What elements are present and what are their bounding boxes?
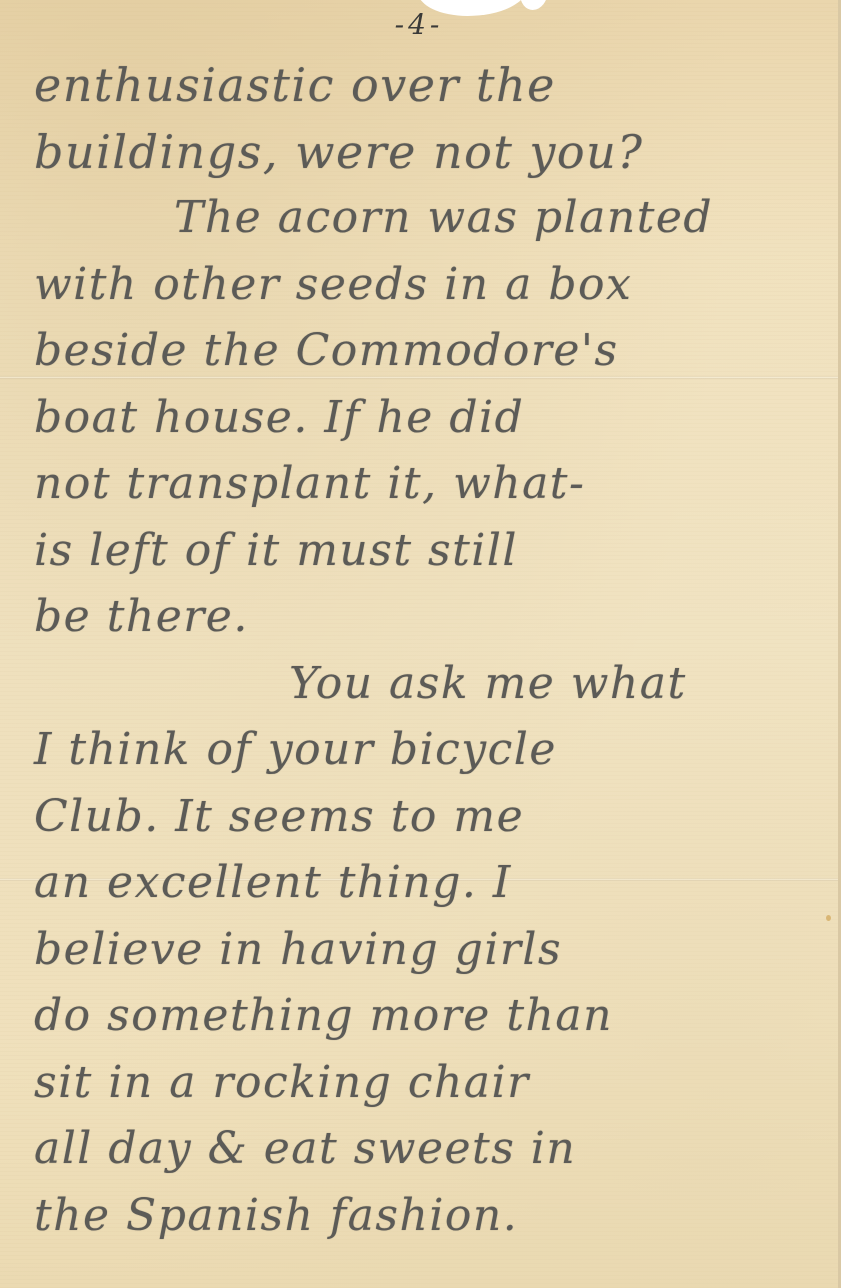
handwritten-line: not transplant it, what- bbox=[34, 451, 824, 518]
handwritten-line: buildings, were not you? bbox=[34, 119, 824, 186]
letter-page: -4- enthusiastic over the buildings, wer… bbox=[0, 0, 838, 1288]
handwritten-line: beside the Commodore's bbox=[34, 318, 824, 385]
handwritten-line: boat house. If he did bbox=[34, 385, 824, 452]
handwritten-line: believe in having girls bbox=[34, 917, 824, 984]
handwritten-line: be there. bbox=[34, 584, 824, 651]
handwritten-line: sit in a rocking chair bbox=[34, 1050, 824, 1117]
handwritten-line: Club. It seems to me bbox=[34, 784, 824, 851]
page-number: -4- bbox=[0, 8, 838, 41]
handwritten-line: is left of it must still bbox=[34, 518, 824, 585]
letter-body: enthusiastic over the buildings, were no… bbox=[34, 52, 824, 1249]
handwritten-line: enthusiastic over the bbox=[34, 52, 824, 119]
handwritten-line: the Spanish fashion. bbox=[34, 1183, 824, 1250]
handwritten-line: You ask me what bbox=[34, 651, 824, 718]
handwritten-line: I think of your bicycle bbox=[34, 717, 824, 784]
handwritten-line: all day & eat sweets in bbox=[34, 1116, 824, 1183]
handwritten-line: do something more than bbox=[34, 983, 824, 1050]
handwritten-line: an excellent thing. I bbox=[34, 850, 824, 917]
handwritten-line: with other seeds in a box bbox=[34, 252, 824, 319]
handwritten-line: The acorn was planted bbox=[34, 185, 824, 252]
foxing-spot bbox=[826, 915, 831, 921]
